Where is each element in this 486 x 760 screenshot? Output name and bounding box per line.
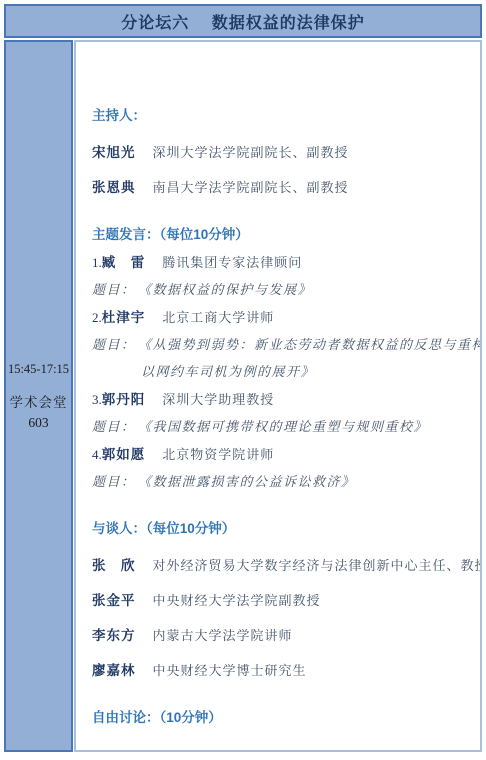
person-title: 南昌大学法学院副院长、副教授 — [153, 180, 349, 195]
free-discussion-row: 自由讨论：（10分钟） — [92, 708, 477, 727]
person-title: 中央财经大学法学院副教授 — [153, 593, 321, 608]
speaker-name: 郭丹阳 — [102, 392, 146, 407]
keynote-heading: 主题发言： — [92, 227, 160, 242]
discussant-heading-note: （每位10分钟） — [146, 521, 235, 536]
moderator-heading-row: 主持人： — [92, 106, 477, 125]
person-name: 宋旭光 — [92, 145, 136, 160]
topic-row: 题目：《数据权益的保护与发展》 — [92, 280, 477, 299]
keynote-heading-note: （每位10分钟） — [160, 227, 249, 242]
keynote-heading-row: 主题发言：（每位10分钟） — [92, 225, 477, 244]
person-name: 张金平 — [92, 593, 136, 608]
topic-label: 题目： — [92, 474, 136, 489]
topic-label: 题目： — [92, 419, 136, 434]
topic-text-continued: 以网约车司机为例的展开》 — [141, 364, 315, 379]
speaker-row: 2.杜津宇 北京工商大学讲师 — [92, 308, 477, 327]
topic-text: 《数据权益的保护与发展》 — [145, 282, 313, 297]
moderator-heading: 主持人： — [92, 108, 146, 123]
topic-row: 题目：《我国数据可携带权的理论重塑与规则重校》 — [92, 417, 477, 436]
discussant-row: 张金平 中央财经大学法学院副教授 — [92, 591, 477, 610]
topic-text: 《从强势到弱势：新业态劳动者数据权益的反思与重构—— — [145, 337, 482, 352]
speaker-row: 3.郭丹阳 深圳大学助理教授 — [92, 390, 477, 409]
person-title: 对外经济贸易大学数字经济与法律创新中心主任、教授 — [153, 558, 483, 573]
session-content-cell: 主持人： 宋旭光 深圳大学法学院副院长、副教授 张恩典 南昌大学法学院副院长、副… — [74, 40, 482, 752]
speaker-title: 北京工商大学讲师 — [162, 310, 274, 325]
moderator-row: 宋旭光 深圳大学法学院副院长、副教授 — [92, 143, 477, 162]
speaker-number: 2. — [92, 310, 102, 325]
speaker-title: 腾讯集团专家法律顾问 — [162, 255, 302, 270]
discussant-row: 廖嘉林 中央财经大学博士研究生 — [92, 661, 477, 680]
discussant-heading: 与谈人： — [92, 521, 146, 536]
person-name: 廖嘉林 — [92, 663, 136, 678]
session-body-row: 15:45-17:15 学术会堂 603 主持人： 宋旭光 深圳大学法学院副院长… — [4, 40, 482, 752]
speaker-row: 1.臧 雷 腾讯集团专家法律顾问 — [92, 253, 477, 272]
speaker-number: 4. — [92, 447, 102, 462]
discussant-heading-row: 与谈人：（每位10分钟） — [92, 519, 477, 538]
program-page: 分论坛六 数据权益的法律保护 15:45-17:15 学术会堂 603 主持人：… — [0, 0, 486, 760]
program-table: 分论坛六 数据权益的法律保护 15:45-17:15 学术会堂 603 主持人：… — [4, 4, 482, 753]
topic-row: 题目：《从强势到弱势：新业态劳动者数据权益的反思与重构—— — [92, 335, 477, 354]
speaker-name: 杜津宇 — [102, 310, 146, 325]
topic-label: 题目： — [92, 337, 136, 352]
topic-row: 题目：《数据泄露损害的公益诉讼救济》 — [92, 472, 477, 491]
speaker-row: 4.郭如愿 北京物资学院讲师 — [92, 445, 477, 464]
topic-text: 《数据泄露损害的公益诉讼救济》 — [145, 474, 356, 489]
speaker-number: 3. — [92, 392, 102, 407]
moderator-row: 张恩典 南昌大学法学院副院长、副教授 — [92, 178, 477, 197]
topic-text: 《我国数据可携带权的理论重塑与规则重校》 — [145, 419, 429, 434]
speaker-number: 1. — [92, 255, 102, 270]
speaker-title: 深圳大学助理教授 — [162, 392, 274, 407]
speaker-name: 郭如愿 — [102, 447, 146, 462]
topic-continuation-row: 以网约车司机为例的展开》 — [141, 362, 477, 381]
person-title: 中央财经大学博士研究生 — [153, 663, 307, 678]
free-discussion-heading: 自由讨论： — [92, 710, 160, 725]
venue-name: 学术会堂 — [10, 391, 68, 411]
person-title: 深圳大学法学院副院长、副教授 — [153, 145, 349, 160]
person-name: 李东方 — [92, 628, 136, 643]
speaker-name: 臧 雷 — [102, 255, 146, 270]
speaker-title: 北京物资学院讲师 — [162, 447, 274, 462]
session-time: 15:45-17:15 — [8, 362, 69, 377]
free-discussion-note: （10分钟） — [160, 710, 222, 725]
person-name: 张恩典 — [92, 180, 136, 195]
session-title: 分论坛六 数据权益的法律保护 — [121, 10, 364, 33]
session-header-row: 分论坛六 数据权益的法律保护 — [4, 4, 482, 38]
person-name: 张 欣 — [92, 558, 136, 573]
person-title: 内蒙古大学法学院讲师 — [153, 628, 293, 643]
topic-label: 题目： — [92, 282, 136, 297]
time-venue-cell: 15:45-17:15 学术会堂 603 — [4, 40, 73, 752]
discussant-row: 张 欣 对外经济贸易大学数字经济与法律创新中心主任、教授 — [92, 556, 477, 575]
discussant-row: 李东方 内蒙古大学法学院讲师 — [92, 626, 477, 645]
room-number: 603 — [28, 415, 48, 431]
